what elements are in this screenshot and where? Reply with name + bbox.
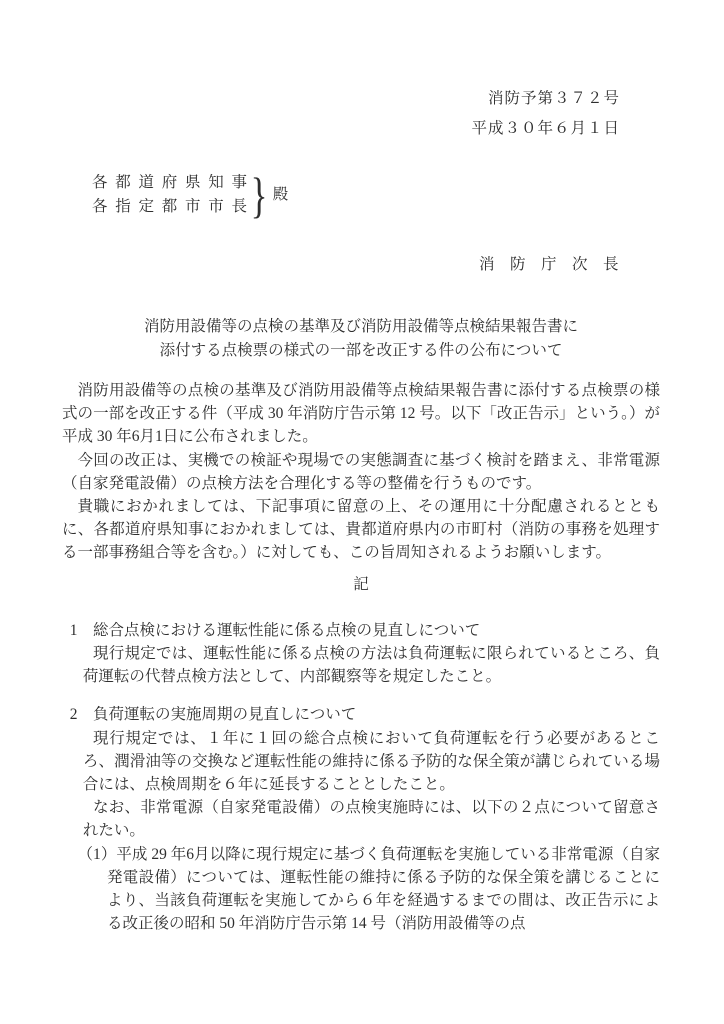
item-1-label: （1） (78, 846, 117, 863)
addressee-line-designated-city-mayors: 各指定都市市長 (92, 195, 255, 219)
sender-title: 消防庁次長 (62, 256, 634, 273)
body-paragraph-3: 貴職におかれましては、下記事項に留意の上、その運用に十分配慮されるとともに、各都… (62, 495, 660, 565)
section-1-paragraph-1: 現行規定では、運転性能に係る点検の方法は負荷運転に限られているところ、負荷運転の… (83, 642, 660, 688)
document-header: 消防予第３７２号 平成３０年６月１日 (62, 84, 620, 144)
body-paragraph-2: 今回の改正は、実機での検証や現場での実態調査に基づく検討を踏まえ、非常電源（自家… (62, 449, 660, 495)
section-1-body: 現行規定では、運転性能に係る点検の方法は負荷運転に限られているところ、負荷運転の… (62, 642, 660, 688)
section-2: 2負荷運転の実施周期の見直しについて 現行規定では、１年に１回の総合点検において… (62, 703, 660, 935)
section-2-heading-text: 負荷運転の実施周期の見直しについて (93, 706, 356, 723)
section-2-paragraph-1: 現行規定では、１年に１回の総合点検において負荷運転を行う必要があるところ、潤滑油… (83, 727, 660, 797)
section-2-heading: 2負荷運転の実施周期の見直しについて (62, 703, 660, 726)
addressee-lines: 各都道府県知事 各指定都市市長 (92, 171, 255, 219)
addressee-line-prefectural-governors: 各都道府県知事 (92, 171, 255, 195)
doc-number: 消防予第３７２号 (62, 84, 620, 114)
document-title-line-2: 添付する点検票の様式の一部を改正する件の公布について (62, 339, 660, 363)
addressee-block: 各都道府県知事 各指定都市市長 } 殿 (92, 170, 288, 220)
section-2-paragraph-2: なお、非常電源（自家発電設備）の点検実施時には、以下の２点について留意されたい。 (83, 796, 660, 842)
document-title: 消防用設備等の点検の基準及び消防用設備等点検結果報告書に 添付する点検票の様式の… (62, 315, 660, 363)
document-body: 消防用設備等の点検の基準及び消防用設備等点検結果報告書に添付する点検票の様式の一… (62, 379, 660, 565)
body-paragraph-1: 消防用設備等の点検の基準及び消防用設備等点検結果報告書に添付する点検票の様式の一… (62, 379, 660, 449)
brace-glyph: } (250, 170, 267, 220)
section-1-heading-text: 総合点検における運転性能に係る点検の見直しについて (93, 622, 480, 639)
addressee-honorific: 殿 (273, 183, 289, 206)
doc-date: 平成３０年６月１日 (62, 114, 620, 144)
section-2-item-1: （1）平成 29 年6月以降に現行規定に基づく負荷運転を実施している非常電源（自… (107, 843, 660, 936)
record-marker: 記 (62, 573, 660, 596)
document-page: 消防予第３７２号 平成３０年６月１日 各都道府県知事 各指定都市市長 } 殿 消… (0, 0, 724, 1024)
item-1-text: 平成 29 年6月以降に現行規定に基づく負荷運転を実施している非常電源（自家発電… (107, 846, 660, 933)
section-1: 1総合点検における運転性能に係る点検の見直しについて 現行規定では、運転性能に係… (62, 619, 660, 689)
section-1-number: 1 (70, 619, 93, 642)
section-2-body: 現行規定では、１年に１回の総合点検において負荷運転を行う必要があるところ、潤滑油… (62, 727, 660, 843)
document-title-line-1: 消防用設備等の点検の基準及び消防用設備等点検結果報告書に (62, 315, 660, 339)
section-2-number: 2 (70, 703, 93, 726)
section-1-heading: 1総合点検における運転性能に係る点検の見直しについて (62, 619, 660, 642)
